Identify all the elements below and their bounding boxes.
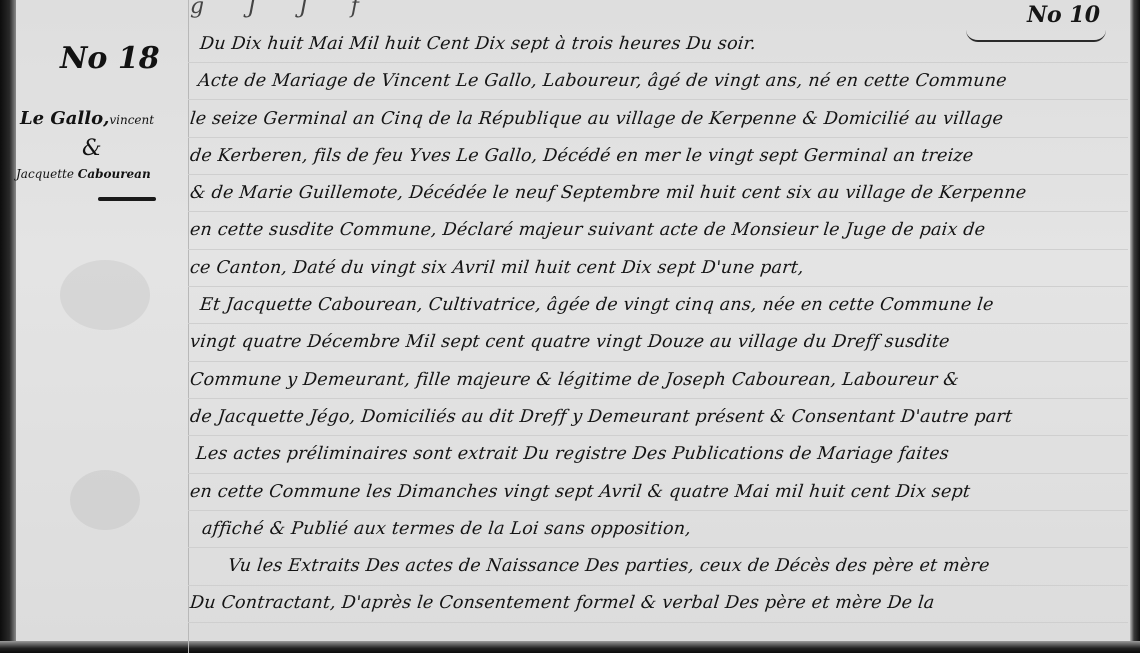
text-line: Du Dix huit Mai Mil huit Cent Dix sept à…: [188, 26, 1127, 63]
line-text: Du Dix huit Mai Mil huit Cent Dix sept à…: [198, 26, 758, 63]
text-line: vingt quatre Décembre Mil sept cent quat…: [188, 324, 1127, 361]
margin-and-symbol: &: [82, 137, 188, 161]
margin-annotation: No 18 Le Gallo,vincent & Jacquette Cabou…: [20, 20, 188, 201]
line-text: Acte de Mariage de Vincent Le Gallo, Lab…: [196, 63, 1009, 100]
text-line: affiché & Publié aux termes de la Loi sa…: [188, 511, 1127, 548]
line-text: de Jacquette Jégo, Domiciliés au dit Dre…: [188, 399, 1014, 436]
line-text: Vu les Extraits Des actes de Naissance D…: [226, 548, 991, 585]
page-bottom-edge: [0, 641, 1140, 653]
margin-flourish-dash: [98, 197, 156, 201]
groom-surname: Le Gallo,: [20, 108, 109, 129]
line-text: Et Jacquette Cabourean, Cultivatrice, âg…: [198, 287, 995, 324]
line-text: en cette Commune les Dimanches vingt sep…: [188, 474, 972, 511]
text-line: de Kerberen, fils de feu Yves Le Gallo, …: [188, 138, 1127, 175]
line-text: en cette susdite Commune, Déclaré majeur…: [188, 212, 987, 249]
margin-bride-name: Jacquette Cabourean: [16, 167, 188, 181]
line-text: Les actes préliminaires sont extrait Du …: [194, 436, 951, 473]
line-text: ce Canton, Daté du vingt six Avril mil h…: [188, 250, 806, 287]
book-binding-right: [1130, 0, 1140, 653]
text-line: en cette susdite Commune, Déclaré majeur…: [188, 212, 1127, 249]
bride-given-name: Jacquette: [16, 167, 74, 181]
line-text: Commune y Demeurant, fille majeure & lég…: [188, 362, 961, 399]
marriage-act-text: Du Dix huit Mai Mil huit Cent Dix sept à…: [188, 26, 1123, 623]
text-line: Les actes préliminaires sont extrait Du …: [188, 436, 1127, 473]
line-text: vingt quatre Décembre Mil sept cent quat…: [188, 324, 952, 361]
paper-stain: [60, 260, 150, 330]
book-binding-left: [0, 0, 16, 653]
previous-entry-cut-text: g J J f: [190, 0, 377, 19]
text-line: Acte de Mariage de Vincent Le Gallo, Lab…: [188, 63, 1127, 100]
text-line: le seize Germinal an Cinq de la Républiq…: [188, 101, 1127, 138]
text-line: en cette Commune les Dimanches vingt sep…: [188, 474, 1127, 511]
groom-given-name: vincent: [109, 113, 154, 127]
text-line: & de Marie Guillemote, Décédée le neuf S…: [188, 175, 1127, 212]
line-text: le seize Germinal an Cinq de la Républiq…: [188, 101, 1005, 138]
line-text: de Kerberen, fils de feu Yves Le Gallo, …: [188, 138, 975, 175]
entry-number-top-right: No 10: [1027, 2, 1100, 28]
bride-surname: Cabourean: [78, 167, 151, 181]
register-page: g J J f No 10 No 18 Le Gallo,vincent & J…: [0, 0, 1140, 653]
line-text: Du Contractant, D'après le Consentement …: [188, 585, 936, 622]
line-text: & de Marie Guillemote, Décédée le neuf S…: [188, 175, 1028, 212]
text-line: Commune y Demeurant, fille majeure & lég…: [188, 362, 1127, 399]
text-line: Vu les Extraits Des actes de Naissance D…: [188, 548, 1127, 585]
text-line: Du Contractant, D'après le Consentement …: [188, 585, 1127, 622]
margin-entry-number: No 18: [60, 42, 188, 76]
text-line: de Jacquette Jégo, Domiciliés au dit Dre…: [188, 399, 1127, 436]
text-line: Et Jacquette Cabourean, Cultivatrice, âg…: [188, 287, 1127, 324]
margin-groom-name: Le Gallo,vincent: [20, 108, 188, 129]
line-text: affiché & Publié aux termes de la Loi sa…: [200, 511, 693, 548]
paper-stain: [70, 470, 140, 530]
text-line: ce Canton, Daté du vingt six Avril mil h…: [188, 250, 1127, 287]
